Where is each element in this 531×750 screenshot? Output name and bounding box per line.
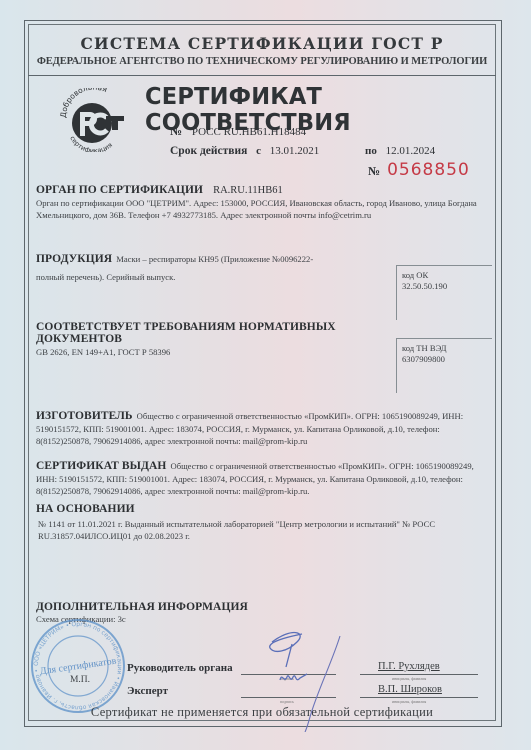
serial-value: 0568850 [387, 160, 470, 180]
expert-name-caption: инициалы, фамилия [392, 699, 426, 704]
head-name-line [360, 674, 478, 675]
footer-note: Сертификат не применяется при обязательн… [28, 705, 496, 720]
agency-title: ФЕДЕРАЛЬНОЕ АГЕНТСТВО ПО ТЕХНИЧЕСКОМУ РЕ… [28, 56, 496, 67]
tnved-code-label: код ТН ВЭД [402, 343, 492, 354]
stamp-mp-label: М.П. [70, 675, 90, 685]
conformity-standards: GB 2626, EN 149+A1, ГОСТ Р 58396 [36, 347, 396, 359]
issued-to-text-inline: Общество с ограниченной ответственностью… [170, 461, 473, 471]
conformity-title: СООТВЕТСТВУЕТ ТРЕБОВАНИЯМ НОРМАТИВНЫХ ДО… [36, 321, 396, 345]
tnved-code-value: 6307909800 [402, 354, 492, 365]
number-label: № [170, 124, 182, 138]
blank-serial-number: № 0568850 [368, 160, 470, 180]
manufacturer-section: ИЗГОТОВИТЕЛЬ Общество с ограниченной отв… [36, 406, 484, 447]
certificate-header: СИСТЕМА СЕРТИФИКАЦИИ ГОСТ Р ФЕДЕРАЛЬНОЕ … [28, 26, 496, 67]
basis-text: № 1141 от 11.01.2021 г. Выданный испытат… [36, 519, 484, 542]
basis-section: НА ОСНОВАНИИ № 1141 от 11.01.2021 г. Выд… [36, 503, 484, 542]
issued-to-title: СЕРТИФИКАТ ВЫДАН [36, 460, 166, 472]
head-name: П.Г. Рухлядев [378, 661, 440, 672]
number-value: РОСС RU.НВ61.Н18484 [192, 126, 306, 138]
system-title: СИСТЕМА СЕРТИФИКАЦИИ ГОСТ Р [28, 34, 496, 53]
from-label: с [256, 145, 261, 157]
valid-to: 12.01.2024 [386, 145, 436, 157]
certification-body-text: Орган по сертификации ООО "ЦЕТРИМ". Адре… [36, 198, 481, 221]
serial-label: № [368, 164, 380, 178]
okpd-code-label: код ОК [402, 270, 492, 281]
certification-body-title: ОРГАН ПО СЕРТИФИКАЦИИ [36, 184, 203, 196]
rst-voluntary-certification-logo-icon: Добровольная сертификация [58, 88, 130, 152]
issued-to-section: СЕРТИФИКАТ ВЫДАН Общество с ограниченной… [36, 456, 484, 497]
okpd-code-box: код ОК 32.50.50.190 [396, 265, 492, 320]
tnved-code-box: код ТН ВЭД 6307909800 [396, 338, 492, 393]
product-title: ПРОДУКЦИЯ [36, 253, 112, 265]
head-name-caption: инициалы, фамилия [392, 676, 426, 681]
validity-label: Срок действия [170, 145, 247, 157]
product-section: ПРОДУКЦИЯ Маски – респираторы КН95 (Прил… [36, 249, 336, 285]
manufacturer-text-inline: Общество с ограниченной ответственностью… [137, 411, 463, 421]
certification-body-code: RA.RU.11НВ61 [213, 185, 283, 196]
registration-number: № РОСС RU.НВ61.Н18484 [170, 124, 306, 139]
expert-name-line [360, 697, 478, 698]
expert-label: Эксперт [127, 685, 168, 697]
expert-name: В.П. Широков [378, 684, 442, 695]
valid-from: 13.01.2021 [270, 145, 320, 157]
okpd-code-value: 32.50.50.190 [402, 281, 492, 292]
head-of-body-label: Руководитель органа [127, 662, 233, 674]
basis-title: НА ОСНОВАНИИ [36, 503, 484, 515]
manufacturer-text: 5190151572, КПП: 519001001. Адрес: 18307… [36, 424, 484, 447]
header-divider [28, 75, 496, 76]
conformity-section: СООТВЕТСТВУЕТ ТРЕБОВАНИЯМ НОРМАТИВНЫХ ДО… [36, 321, 396, 359]
to-label: по [365, 145, 377, 157]
manufacturer-title: ИЗГОТОВИТЕЛЬ [36, 410, 133, 422]
official-stamp-icon: ООО «ЦЕТРИМ» • Орган по сертификации • И… [24, 612, 132, 720]
validity-period: Срок действия с 13.01.2021 по 12.01.2024 [170, 145, 490, 157]
certification-body-section: ОРГАН ПО СЕРТИФИКАЦИИ RA.RU.11НВ61 Орган… [36, 180, 481, 221]
issued-to-text: ИНН: 5190151572, КПП: 519001001. Адрес: … [36, 474, 484, 497]
